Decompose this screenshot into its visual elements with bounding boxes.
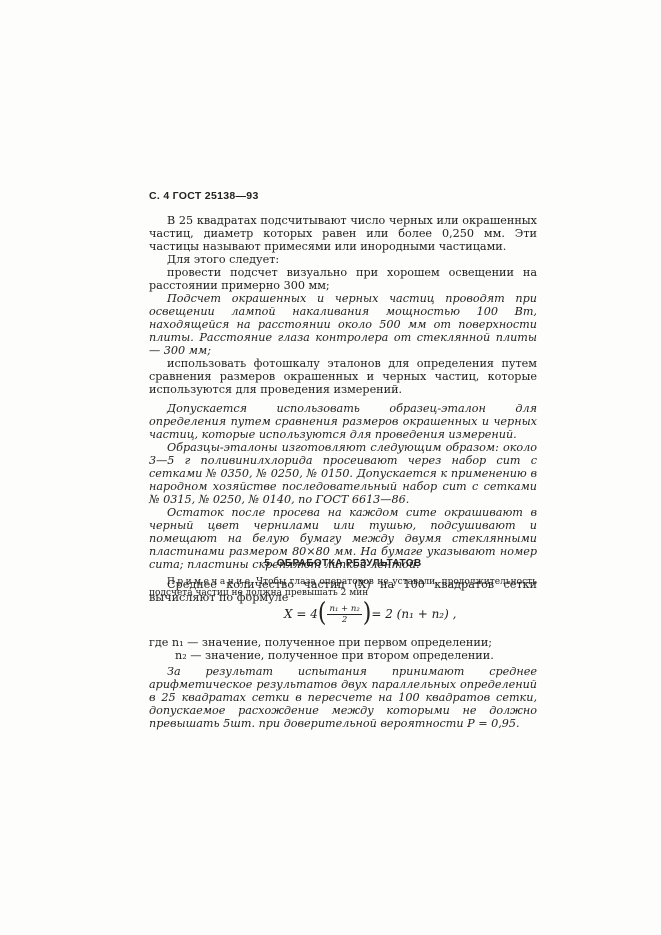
body-text-1: В 25 квадратах подсчитывают число черных… — [149, 214, 537, 598]
formula-paren-open: ( — [318, 601, 327, 627]
paragraph-lighting: Подсчет окрашенных и черных частиц прово… — [149, 292, 537, 357]
paragraph-sample-standard: Допускается использовать образец-эталон … — [149, 402, 537, 441]
section-title: 5. ОБРАБОТКА РЕЗУЛЬТАТОВ — [149, 558, 537, 569]
formula-denominator: 2 — [342, 615, 347, 625]
formula-fraction: n₁ + n₂ 2 — [327, 604, 361, 625]
where-n1: где n₁ — значение, полученное при первом… — [149, 636, 537, 649]
where-block: где n₁ — значение, полученное при первом… — [149, 636, 537, 662]
section-intro: Среднее количество частиц (X) на 100 ква… — [149, 578, 537, 604]
formula-lhs: X = 4 — [284, 607, 318, 621]
where-n2: n₂ — значение, полученное при втором опр… — [149, 649, 537, 662]
paragraph-particles: В 25 квадратах подсчитывают число черных… — [149, 214, 537, 253]
formula-paren-close: ) — [363, 601, 372, 627]
formula-rhs: = 2 (n₁ + n₂) , — [371, 607, 456, 621]
paragraph-visual-count: провести подсчет визуально при хорошем о… — [149, 266, 537, 292]
paragraph-following: Для этого следует: — [149, 253, 537, 266]
page-header: С. 4 ГОСТ 25138—93 — [149, 190, 259, 202]
formula: X = 4 ( n₁ + n₂ 2 ) = 2 (n₁ + n₂) , — [284, 603, 456, 625]
section-intro-block: Среднее количество частиц (X) на 100 ква… — [149, 578, 537, 604]
paragraph-photoscale: использовать фотошкалу эталонов для опре… — [149, 357, 537, 396]
formula-numerator: n₁ + n₂ — [327, 604, 361, 615]
result-block: За результат испытания принимают среднее… — [149, 665, 537, 730]
paragraph-result: За результат испытания принимают среднее… — [149, 665, 537, 730]
paragraph-sample-preparation: Образцы-эталоны изготовляют следующим об… — [149, 441, 537, 506]
